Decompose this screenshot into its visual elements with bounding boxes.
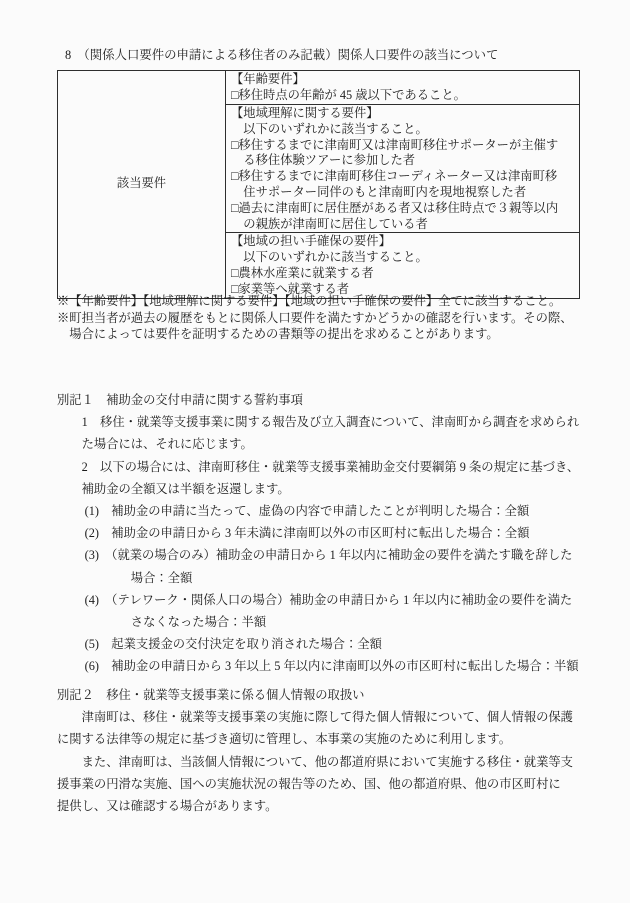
note-line: 場合によっては要件を証明するための書類等の提出を求めることがあります。 — [57, 326, 613, 343]
text-line: (5) 起業支援金の交付決定を取り消された場合：全額 — [57, 633, 617, 655]
text-line: 住サポーター同伴のもと津南町内を現地視察した者 — [231, 185, 574, 201]
text-line: 津南町は、移住・就業等支援事業の実施に際して得た個人情報について、個人情報の保護 — [57, 706, 617, 728]
text-line: 別記２ 移住・就業等支援事業に係る個人情報の取扱い — [57, 684, 617, 706]
text-line: た場合には、それに応じます。 — [57, 433, 617, 455]
text-line: (4) （テレワーク・関係人口の場合）補助金の申請日から 1 年以内に補助金の要… — [57, 589, 617, 611]
text-line: る移住体験ツアーに参加した者 — [231, 153, 574, 169]
text-line: (1) 補助金の申請に当たって、虚偽の内容で申請したことが判明した場合：全額 — [57, 500, 617, 522]
text-line: 2 以下の場合には、津南町移住・就業等支援事業補助金交付要綱第 9 条の規定に基… — [57, 456, 617, 478]
text-line: また、津南町は、当該個人情報について、他の都道府県において実施する移住・就業等支 — [57, 751, 617, 773]
text-line: 以下のいずれかに該当すること。 — [231, 250, 574, 266]
text-line: (2) 補助金の申請日から 3 年未満に津南町以外の市区町村に転出した場合：全額 — [57, 522, 617, 544]
text-line: 【年齢要件】 — [231, 72, 574, 88]
personal-info-section: 別記２ 移住・就業等支援事業に係る個人情報の取扱い 津南町は、移住・就業等支援事… — [57, 684, 617, 817]
note-line: ※【年齢要件】【地域理解に関する要件】【地域の担い手確保の要件】全てに該当するこ… — [57, 293, 613, 310]
text-line: (3) （就業の場合のみ）補助金の申請日から 1 年以内に補助金の要件を満たす職… — [57, 544, 617, 566]
age-requirement-cell: 【年齢要件】□移住時点の年齢が 45 歳以下であること。 — [226, 71, 580, 105]
text-line: 援事業の円滑な実施、国への実施状況の報告等のため、国、他の都道府県、他の市区町村… — [57, 773, 617, 795]
text-line: 補助金の全額又は半額を返還します。 — [57, 478, 617, 500]
text-line: 以下のいずれかに該当すること。 — [231, 122, 574, 138]
text-line: □移住時点の年齢が 45 歳以下であること。 — [231, 88, 574, 104]
text-line: □移住するまでに津南町又は津南町移住サポーターが主催す — [231, 138, 574, 154]
eligibility-table: 該当要件 【年齢要件】□移住時点の年齢が 45 歳以下であること。 【地域理解に… — [57, 70, 580, 299]
text-line: □過去に津南町に居住歴がある者又は移住時点で３親等以内 — [231, 201, 574, 217]
text-line: □農林水産業に就業する者 — [231, 266, 574, 282]
text-line: 【地域の担い手確保の要件】 — [231, 234, 574, 250]
text-line: に関する法律等の規定に基づき適切に管理し、本事業の実施のために利用します。 — [57, 728, 617, 750]
text-line: 別記１ 補助金の交付申請に関する誓約事項 — [57, 389, 617, 411]
row-header-cell: 該当要件 — [58, 71, 226, 299]
text-line: 1 移住・就業等支援事業に関する報告及び立入調査について、津南町から調査を求めら… — [57, 411, 617, 433]
document-page: 8 （関係人口要件の申請による移住者のみ記載）関係人口要件の該当について 該当要… — [0, 0, 630, 903]
text-line: の親族が津南町に居住している者 — [231, 217, 574, 233]
text-line: □移住するまでに津南町移住コーディネーター又は津南町移 — [231, 169, 574, 185]
regional-understanding-cell: 【地域理解に関する要件】 以下のいずれかに該当すること。□移住するまでに津南町又… — [226, 105, 580, 233]
text-line: さなくなった場合：半額 — [57, 611, 617, 633]
text-line: 場合：全額 — [57, 567, 617, 589]
pledge-section: 別記１ 補助金の交付申請に関する誓約事項 1 移住・就業等支援事業に関する報告及… — [57, 389, 617, 678]
table-notes: ※【年齢要件】【地域理解に関する要件】【地域の担い手確保の要件】全てに該当するこ… — [57, 293, 613, 343]
section-heading: 8 （関係人口要件の申請による移住者のみ記載）関係人口要件の該当について — [65, 47, 605, 63]
note-line: ※町担当者が過去の履歴をもとに関係人口要件を満たすかどうかの確認を行います。その… — [57, 310, 613, 327]
text-line: (6) 補助金の申請日から 3 年以上 5 年以内に津南町以外の市区町村に転出し… — [57, 655, 617, 677]
text-line: 【地域理解に関する要件】 — [231, 106, 574, 122]
community-role-cell: 【地域の担い手確保の要件】 以下のいずれかに該当すること。□農林水産業に就業する… — [226, 233, 580, 298]
text-line: 提供し、又は確認する場合があります。 — [57, 795, 617, 817]
